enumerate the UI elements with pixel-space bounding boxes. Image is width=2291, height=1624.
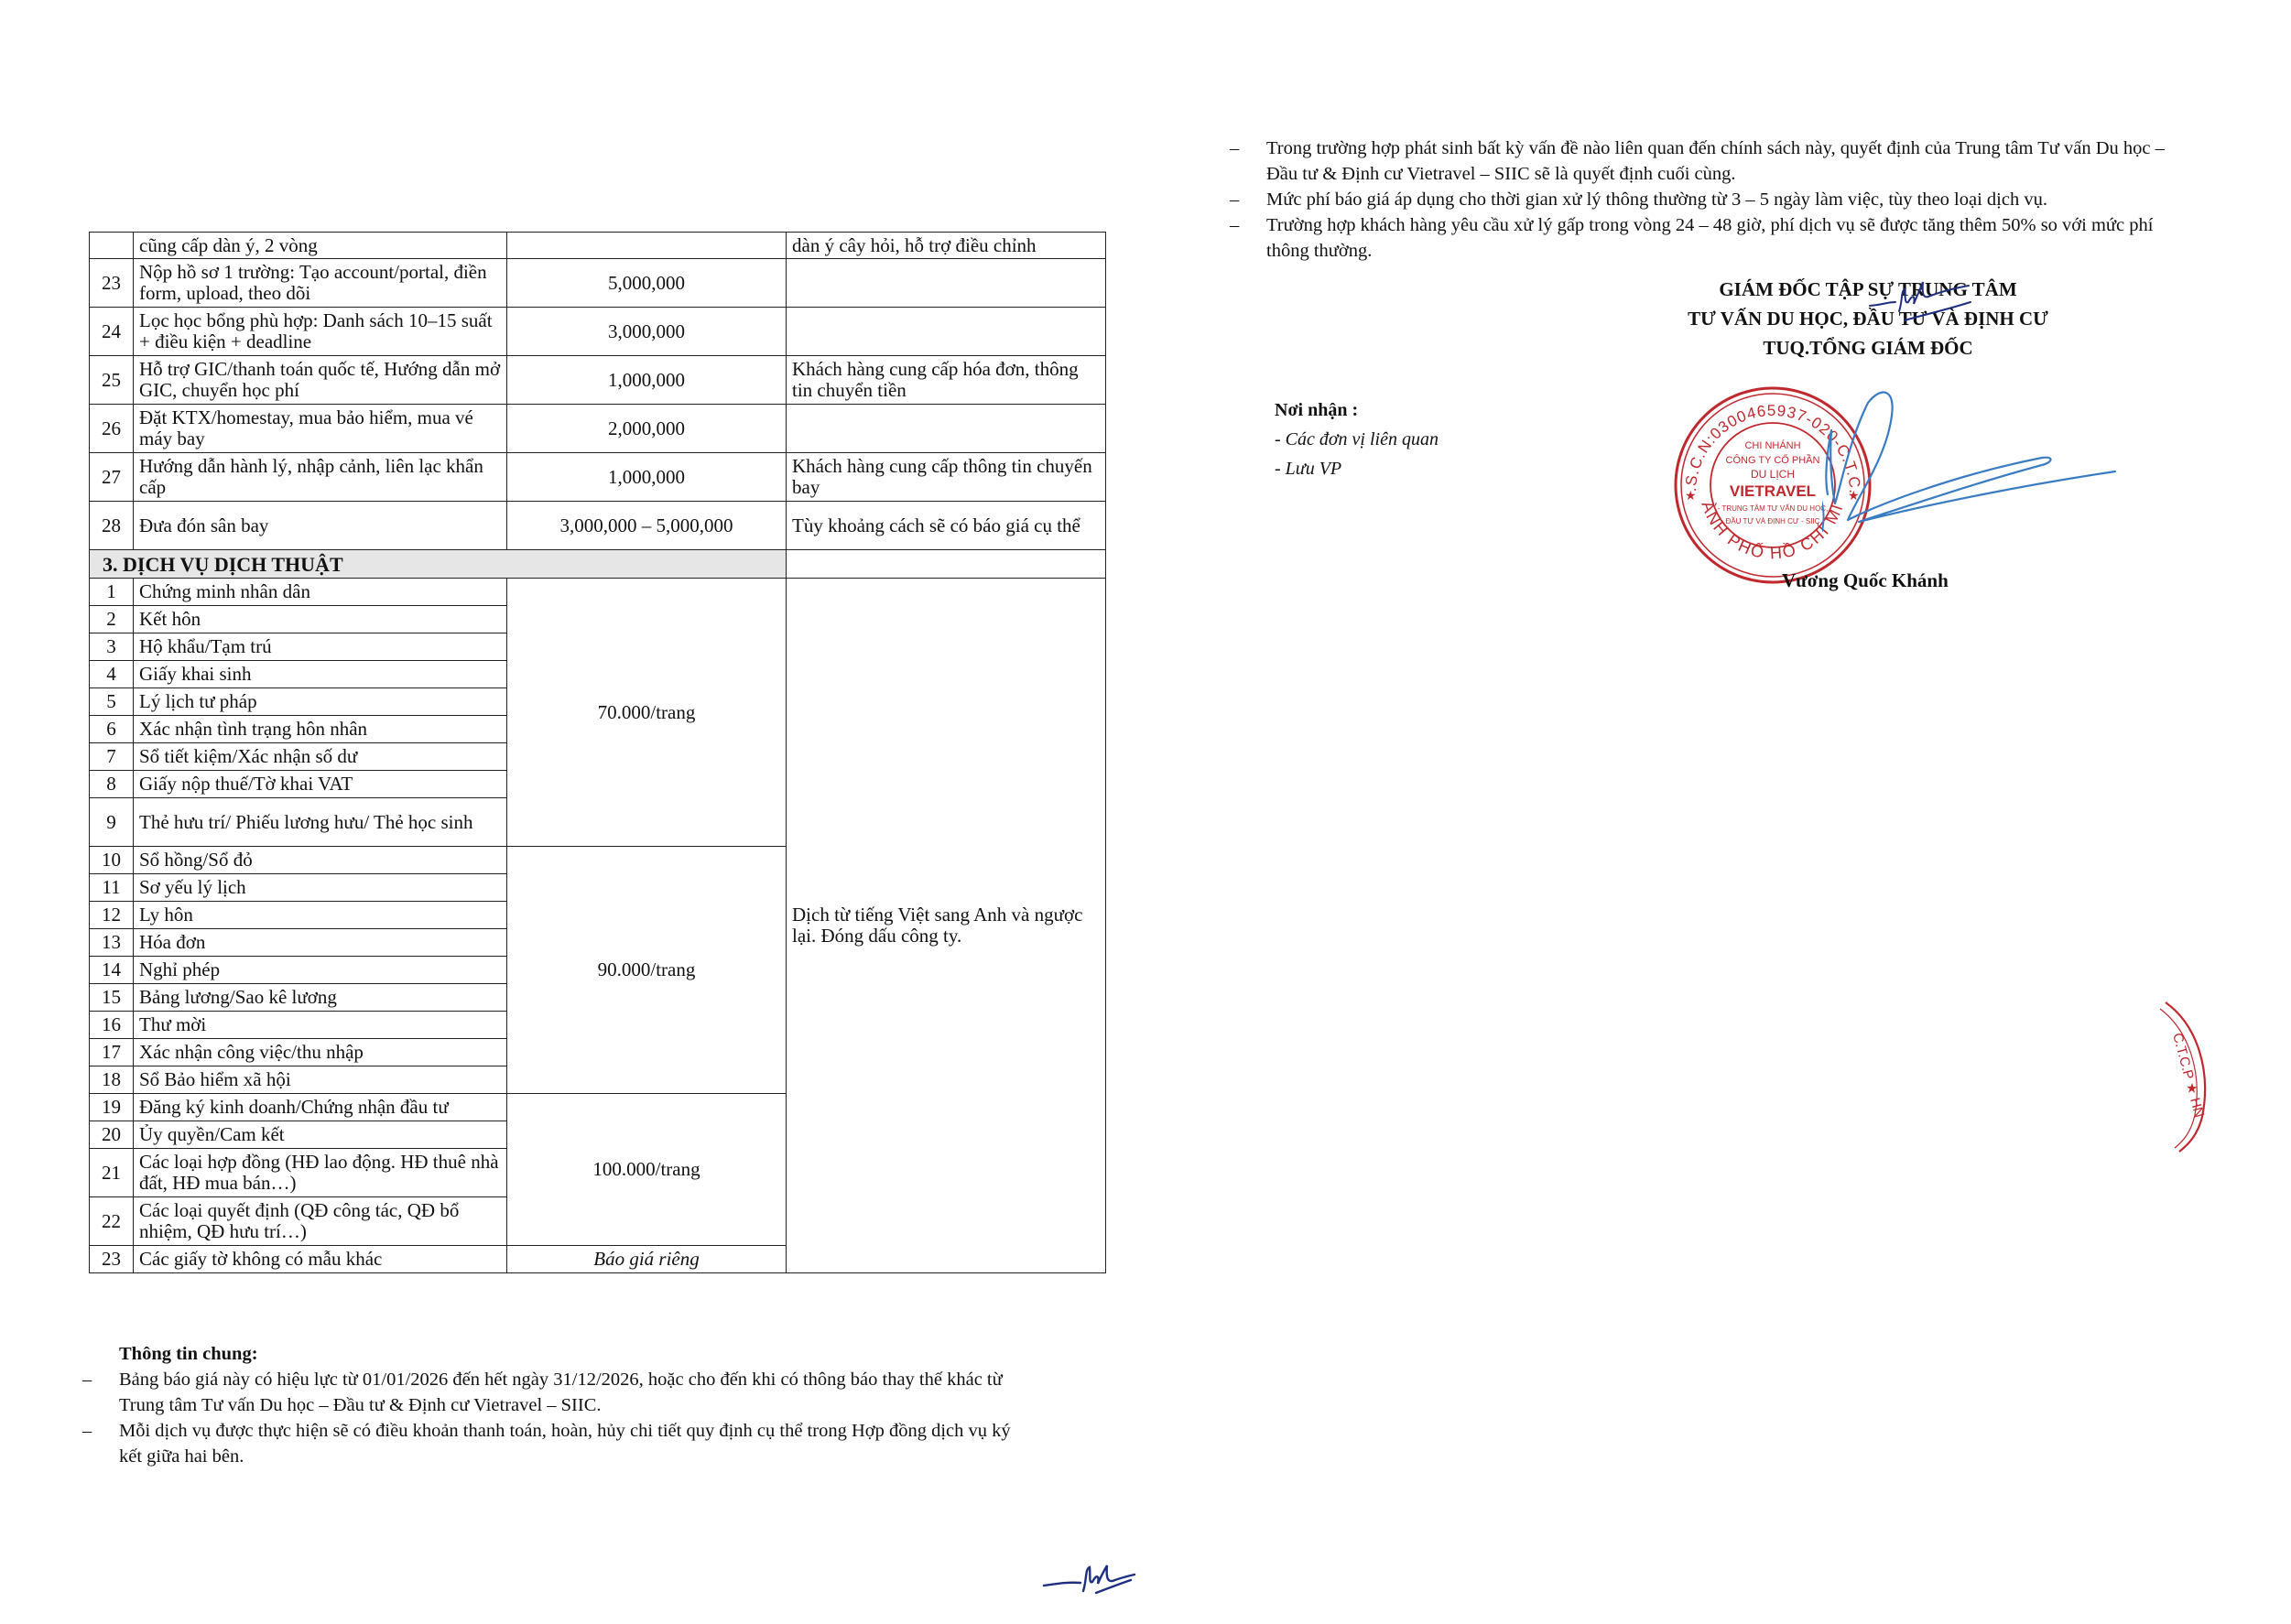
cell-note (787, 405, 1106, 453)
cell-no: 3 (90, 633, 134, 661)
cell-description: Xác nhận công việc/thu nhập (134, 1039, 507, 1066)
svg-text:CHI NHÁNH: CHI NHÁNH (1744, 439, 1800, 451)
page-right: – Trong trường hợp phát sinh bất kỳ vấn … (1145, 0, 2291, 1624)
svg-text:- TRUNG TÂM TƯ VẤN DU HỌC,: - TRUNG TÂM TƯ VẤN DU HỌC, (1718, 503, 1829, 513)
cell-description: Sơ yếu lý lịch (134, 874, 507, 902)
cell-note: Khách hàng cung cấp hóa đơn, thông tin c… (787, 356, 1106, 405)
cell-no: 22 (90, 1197, 134, 1246)
cell-no: 16 (90, 1012, 134, 1039)
cell-description: Ủy quyền/Cam kết (134, 1121, 507, 1149)
cell-no: 17 (90, 1039, 134, 1066)
cell-no: 7 (90, 743, 134, 771)
cell-note: Khách hàng cung cấp thông tin chuyến bay (787, 453, 1106, 502)
table-row-continuation: cũng cấp dàn ý, 2 vòng dàn ý cây hỏi, hỗ… (90, 233, 1106, 259)
cell-description: Các loại quyết định (QĐ công tác, QĐ bổ … (134, 1197, 507, 1246)
cell-no: 8 (90, 771, 134, 798)
cell-note: Tùy khoảng cách sẽ có báo giá cụ thể (787, 502, 1106, 550)
cell-description: Đăng ký kinh doanh/Chứng nhận đầu tư (134, 1094, 507, 1121)
cell-description: Lọc học bổng phù hợp: Danh sách 10–15 su… (134, 308, 507, 356)
cell-description: Các loại hợp đồng (HĐ lao động. HĐ thuê … (134, 1149, 507, 1197)
cell-description: Sổ tiết kiệm/Xác nhận số dư (134, 743, 507, 771)
cell-no: 19 (90, 1094, 134, 1121)
general-info: Thông tin chung: – Bảng báo giá này có h… (82, 1341, 1035, 1469)
svg-text:CÔNG TY CỔ PHẦN: CÔNG TY CỔ PHẦN (1726, 454, 1820, 466)
table-row: 26 Đặt KTX/homestay, mua bảo hiểm, mua v… (90, 405, 1106, 453)
general-info-heading: Thông tin chung: (82, 1341, 1035, 1367)
cell-no: 28 (90, 502, 134, 550)
section-title: 3. DỊCH VỤ DỊCH THUẬT (90, 550, 787, 579)
cell-no: 14 (90, 957, 134, 984)
cell-price-group: 100.000/trang (507, 1094, 787, 1246)
cell-description: Hỗ trợ GIC/thanh toán quốc tế, Hướng dẫn… (134, 356, 507, 405)
dash-bullet-icon: – (1230, 212, 1239, 238)
cell-no: 23 (90, 1246, 134, 1273)
recipient-item: - Lưu VP (1275, 454, 1439, 483)
table-row: 23 Nộp hồ sơ 1 trường: Tạo account/porta… (90, 259, 1106, 308)
dash-bullet-icon: – (82, 1418, 92, 1444)
cell-no: 9 (90, 798, 134, 847)
cell-description: Giấy khai sinh (134, 661, 507, 688)
policy-notes: – Trong trường hợp phát sinh bất kỳ vấn … (1230, 135, 2173, 264)
cell-no: 24 (90, 308, 134, 356)
svg-text:DU LỊCH: DU LỊCH (1751, 468, 1795, 481)
cell-price: 3,000,000 (507, 308, 787, 356)
svg-text:★: ★ (1685, 490, 1697, 503)
cell-no: 15 (90, 984, 134, 1012)
cell-note (787, 259, 1106, 308)
initial-signature-icon (1868, 275, 1978, 339)
cell-description: Nộp hồ sơ 1 trường: Tạo account/portal, … (134, 259, 507, 308)
cell-price: 1,000,000 (507, 356, 787, 405)
cell-description: Giấy nộp thuế/Tờ khai VAT (134, 771, 507, 798)
cell-description: Thư mời (134, 1012, 507, 1039)
policy-note-text: Mức phí báo giá áp dụng cho thời gian xử… (1266, 189, 2047, 210)
section-header-row: 3. DỊCH VỤ DỊCH THUẬT (90, 550, 1106, 579)
cell-price: 2,000,000 (507, 405, 787, 453)
cell-description: Hướng dẫn hành lý, nhập cảnh, liên lạc k… (134, 453, 507, 502)
cell-price: 1,000,000 (507, 453, 787, 502)
table-row: 25 Hỗ trợ GIC/thanh toán quốc tế, Hướng … (90, 356, 1106, 405)
cell-no: 21 (90, 1149, 134, 1197)
initial-signature-icon (1039, 1556, 1140, 1602)
cell-no: 18 (90, 1066, 134, 1094)
recipients-heading: Nơi nhận : (1275, 395, 1439, 425)
recipient-item: - Các đơn vị liên quan (1275, 425, 1439, 454)
cell-price: 5,000,000 (507, 259, 787, 308)
cell-no: 11 (90, 874, 134, 902)
cell-description: Bảng lương/Sao kê lương (134, 984, 507, 1012)
cell-no: 23 (90, 259, 134, 308)
cell-no: 1 (90, 579, 134, 606)
policy-note-item: – Trong trường hợp phát sinh bất kỳ vấn … (1230, 135, 2173, 187)
cell-description: Sổ Bảo hiểm xã hội (134, 1066, 507, 1094)
general-info-item: – Bảng báo giá này có hiệu lực từ 01/01/… (82, 1367, 1035, 1418)
cell-no: 4 (90, 661, 134, 688)
cell-no: 26 (90, 405, 134, 453)
general-info-item: – Mỗi dịch vụ được thực hiện sẽ có điều … (82, 1418, 1035, 1469)
policy-note-item: – Trường hợp khách hàng yêu cầu xử lý gấ… (1230, 212, 2173, 264)
dash-bullet-icon: – (1230, 187, 1239, 212)
cell-price-group: Báo giá riêng (507, 1246, 787, 1273)
cell-description: Hóa đơn (134, 929, 507, 957)
cell-note: dàn ý cây hỏi, hỗ trợ điều chỉnh (787, 233, 1106, 259)
dash-bullet-icon: – (1230, 135, 1239, 161)
table-row: 27 Hướng dẫn hành lý, nhập cảnh, liên lạ… (90, 453, 1106, 502)
cell-description: Kết hôn (134, 606, 507, 633)
handwritten-signature-icon (1822, 384, 2124, 568)
cell-no: 20 (90, 1121, 134, 1149)
cell-description: Hộ khẩu/Tạm trú (134, 633, 507, 661)
cell-no: 12 (90, 902, 134, 929)
policy-note-text: Trong trường hợp phát sinh bất kỳ vấn đề… (1266, 138, 2165, 184)
cell-description: Nghỉ phép (134, 957, 507, 984)
cell-description: Lý lịch tư pháp (134, 688, 507, 716)
general-info-text: Mỗi dịch vụ được thực hiện sẽ có điều kh… (119, 1421, 1011, 1467)
cell-no: 25 (90, 356, 134, 405)
signer-name: Vương Quốc Khánh (1782, 569, 1949, 592)
cell-description: Chứng minh nhân dân (134, 579, 507, 606)
partial-stamp-icon: C.T.C.P ★ HN (2156, 998, 2230, 1153)
cell-no: 27 (90, 453, 134, 502)
cell-note (787, 550, 1106, 579)
svg-text:VIETRAVEL: VIETRAVEL (1730, 482, 1816, 500)
cell-description: Thẻ hưu trí/ Phiếu lương hưu/ Thẻ học si… (134, 798, 507, 847)
table-row: 24 Lọc học bổng phù hợp: Danh sách 10–15… (90, 308, 1106, 356)
cell-no (90, 233, 134, 259)
cell-description: Sổ hồng/Sổ đỏ (134, 847, 507, 874)
cell-price-group: 70.000/trang (507, 579, 787, 847)
dash-bullet-icon: – (82, 1367, 92, 1392)
cell-note (787, 308, 1106, 356)
cell-description: Đưa đón sân bay (134, 502, 507, 550)
cell-no: 2 (90, 606, 134, 633)
cell-description: Ly hôn (134, 902, 507, 929)
cell-no: 13 (90, 929, 134, 957)
svg-text:ĐẦU TƯ VÀ ĐỊNH CƯ - SIIC: ĐẦU TƯ VÀ ĐỊNH CƯ - SIIC (1726, 516, 1820, 525)
cell-description: Đặt KTX/homestay, mua bảo hiểm, mua vé m… (134, 405, 507, 453)
recipients: Nơi nhận : - Các đơn vị liên quan - Lưu … (1275, 395, 1439, 483)
cell-no: 6 (90, 716, 134, 743)
cell-no: 10 (90, 847, 134, 874)
cell-no: 5 (90, 688, 134, 716)
policy-note-text: Trường hợp khách hàng yêu cầu xử lý gấp … (1266, 215, 2153, 261)
cell-price: 3,000,000 – 5,000,000 (507, 502, 787, 550)
general-info-text: Bảng báo giá này có hiệu lực từ 01/01/20… (119, 1370, 1003, 1415)
svg-text:C.T.C.P ★ HN: C.T.C.P ★ HN (2169, 1032, 2207, 1120)
policy-note-item: – Mức phí báo giá áp dụng cho thời gian … (1230, 187, 2173, 212)
cell-price-group: 90.000/trang (507, 847, 787, 1094)
cell-description: Các giấy tờ không có mẫu khác (134, 1246, 507, 1273)
cell-description: Xác nhận tình trạng hôn nhân (134, 716, 507, 743)
cell-price (507, 233, 787, 259)
page-left: cũng cấp dàn ý, 2 vòng dàn ý cây hỏi, hỗ… (0, 0, 1145, 1624)
cell-description: cũng cấp dàn ý, 2 vòng (134, 233, 507, 259)
cell-shared-note: Dịch từ tiếng Việt sang Anh và ngược lại… (787, 579, 1106, 1273)
table-row: 28 Đưa đón sân bay 3,000,000 – 5,000,000… (90, 502, 1106, 550)
price-table: cũng cấp dàn ý, 2 vòng dàn ý cây hỏi, hỗ… (89, 232, 1106, 1273)
table-row: 1 Chứng minh nhân dân 70.000/trang Dịch … (90, 579, 1106, 606)
